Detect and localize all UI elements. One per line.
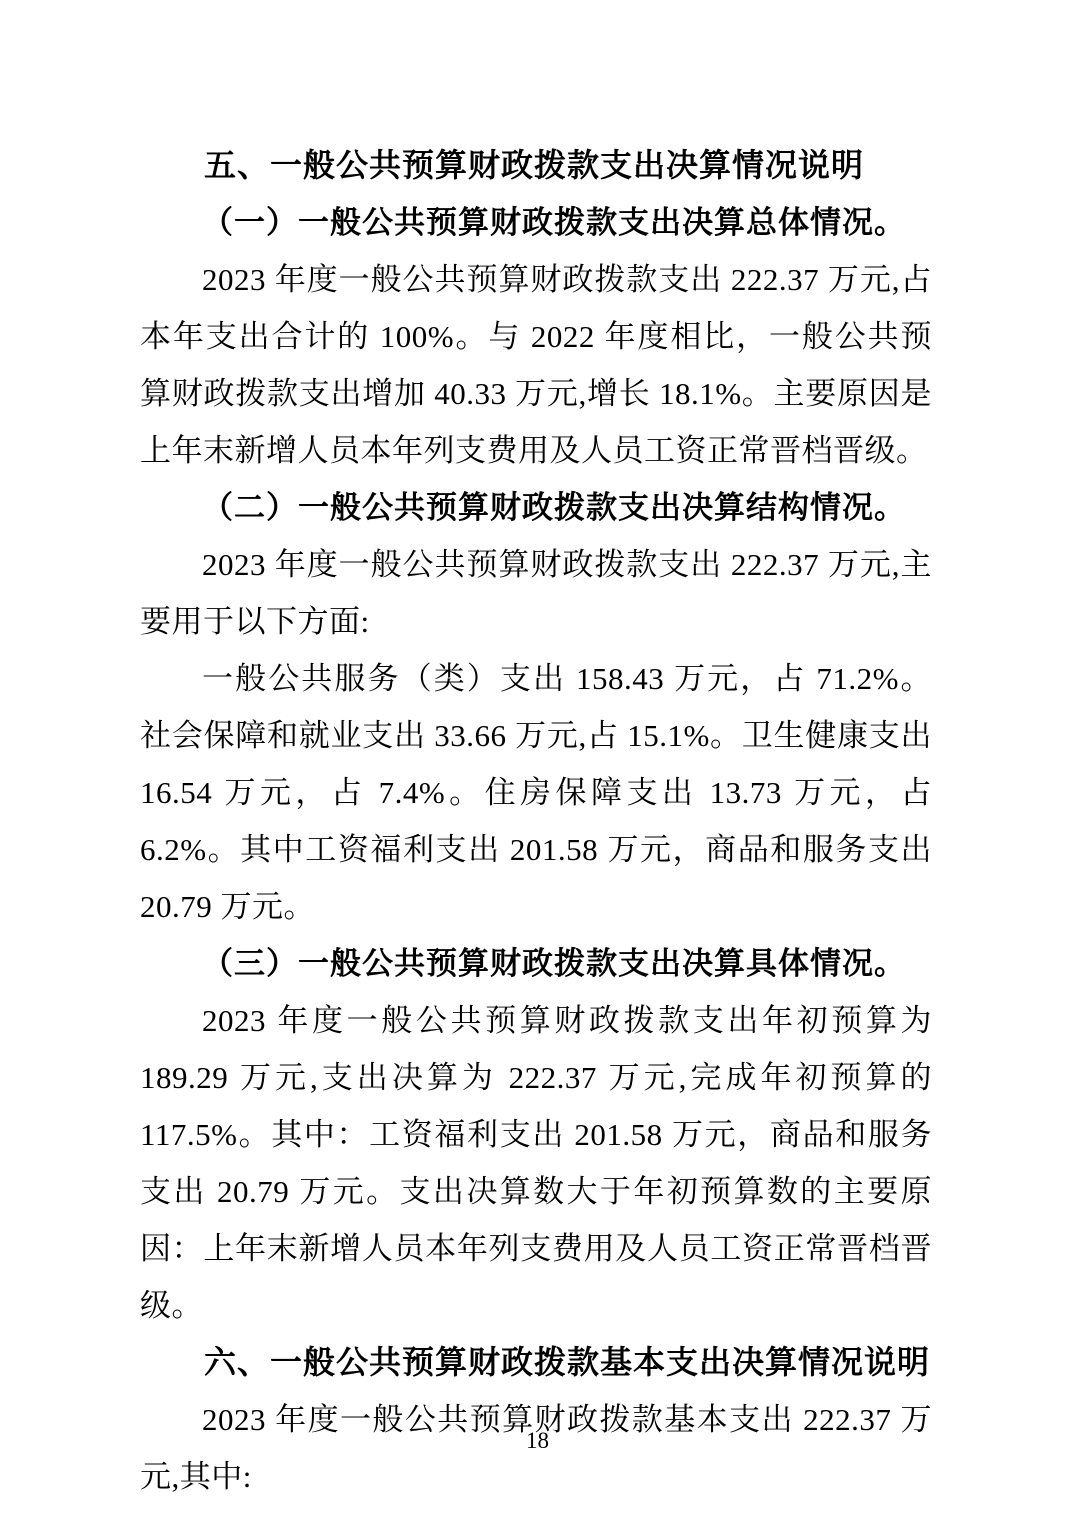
subsection-5-1-heading: （一）一般公共预算财政拨款支出决算总体情况。 <box>140 194 932 251</box>
section-6-heading: 六、一般公共预算财政拨款基本支出决算情况说明 <box>140 1334 932 1391</box>
page-number: 18 <box>0 1426 1075 1456</box>
document-text-block: 五、一般公共预算财政拨款支出决算情况说明 （一）一般公共预算财政拨款支出决算总体… <box>140 137 932 1505</box>
subsection-5-2-heading: （二）一般公共预算财政拨款支出决算结构情况。 <box>140 479 932 536</box>
section-5-heading: 五、一般公共预算财政拨款支出决算情况说明 <box>140 137 932 194</box>
paragraph-5-2-intro: 2023 年度一般公共预算财政拨款支出 222.37 万元,主要用于以下方面: <box>140 536 932 650</box>
document-page: 五、一般公共预算财政拨款支出决算情况说明 （一）一般公共预算财政拨款支出决算总体… <box>0 0 1075 1520</box>
paragraph-5-1-body: 2023 年度一般公共预算财政拨款支出 222.37 万元,占本年支出合计的 1… <box>140 251 932 479</box>
subsection-5-3-heading: （三）一般公共预算财政拨款支出决算具体情况。 <box>140 935 932 992</box>
paragraph-5-2-breakdown: 一般公共服务（类）支出 158.43 万元，占 71.2%。社会保障和就业支出 … <box>140 650 932 935</box>
paragraph-5-3-body: 2023 年度一般公共预算财政拨款支出年初预算为 189.29 万元,支出决算为… <box>140 992 932 1334</box>
